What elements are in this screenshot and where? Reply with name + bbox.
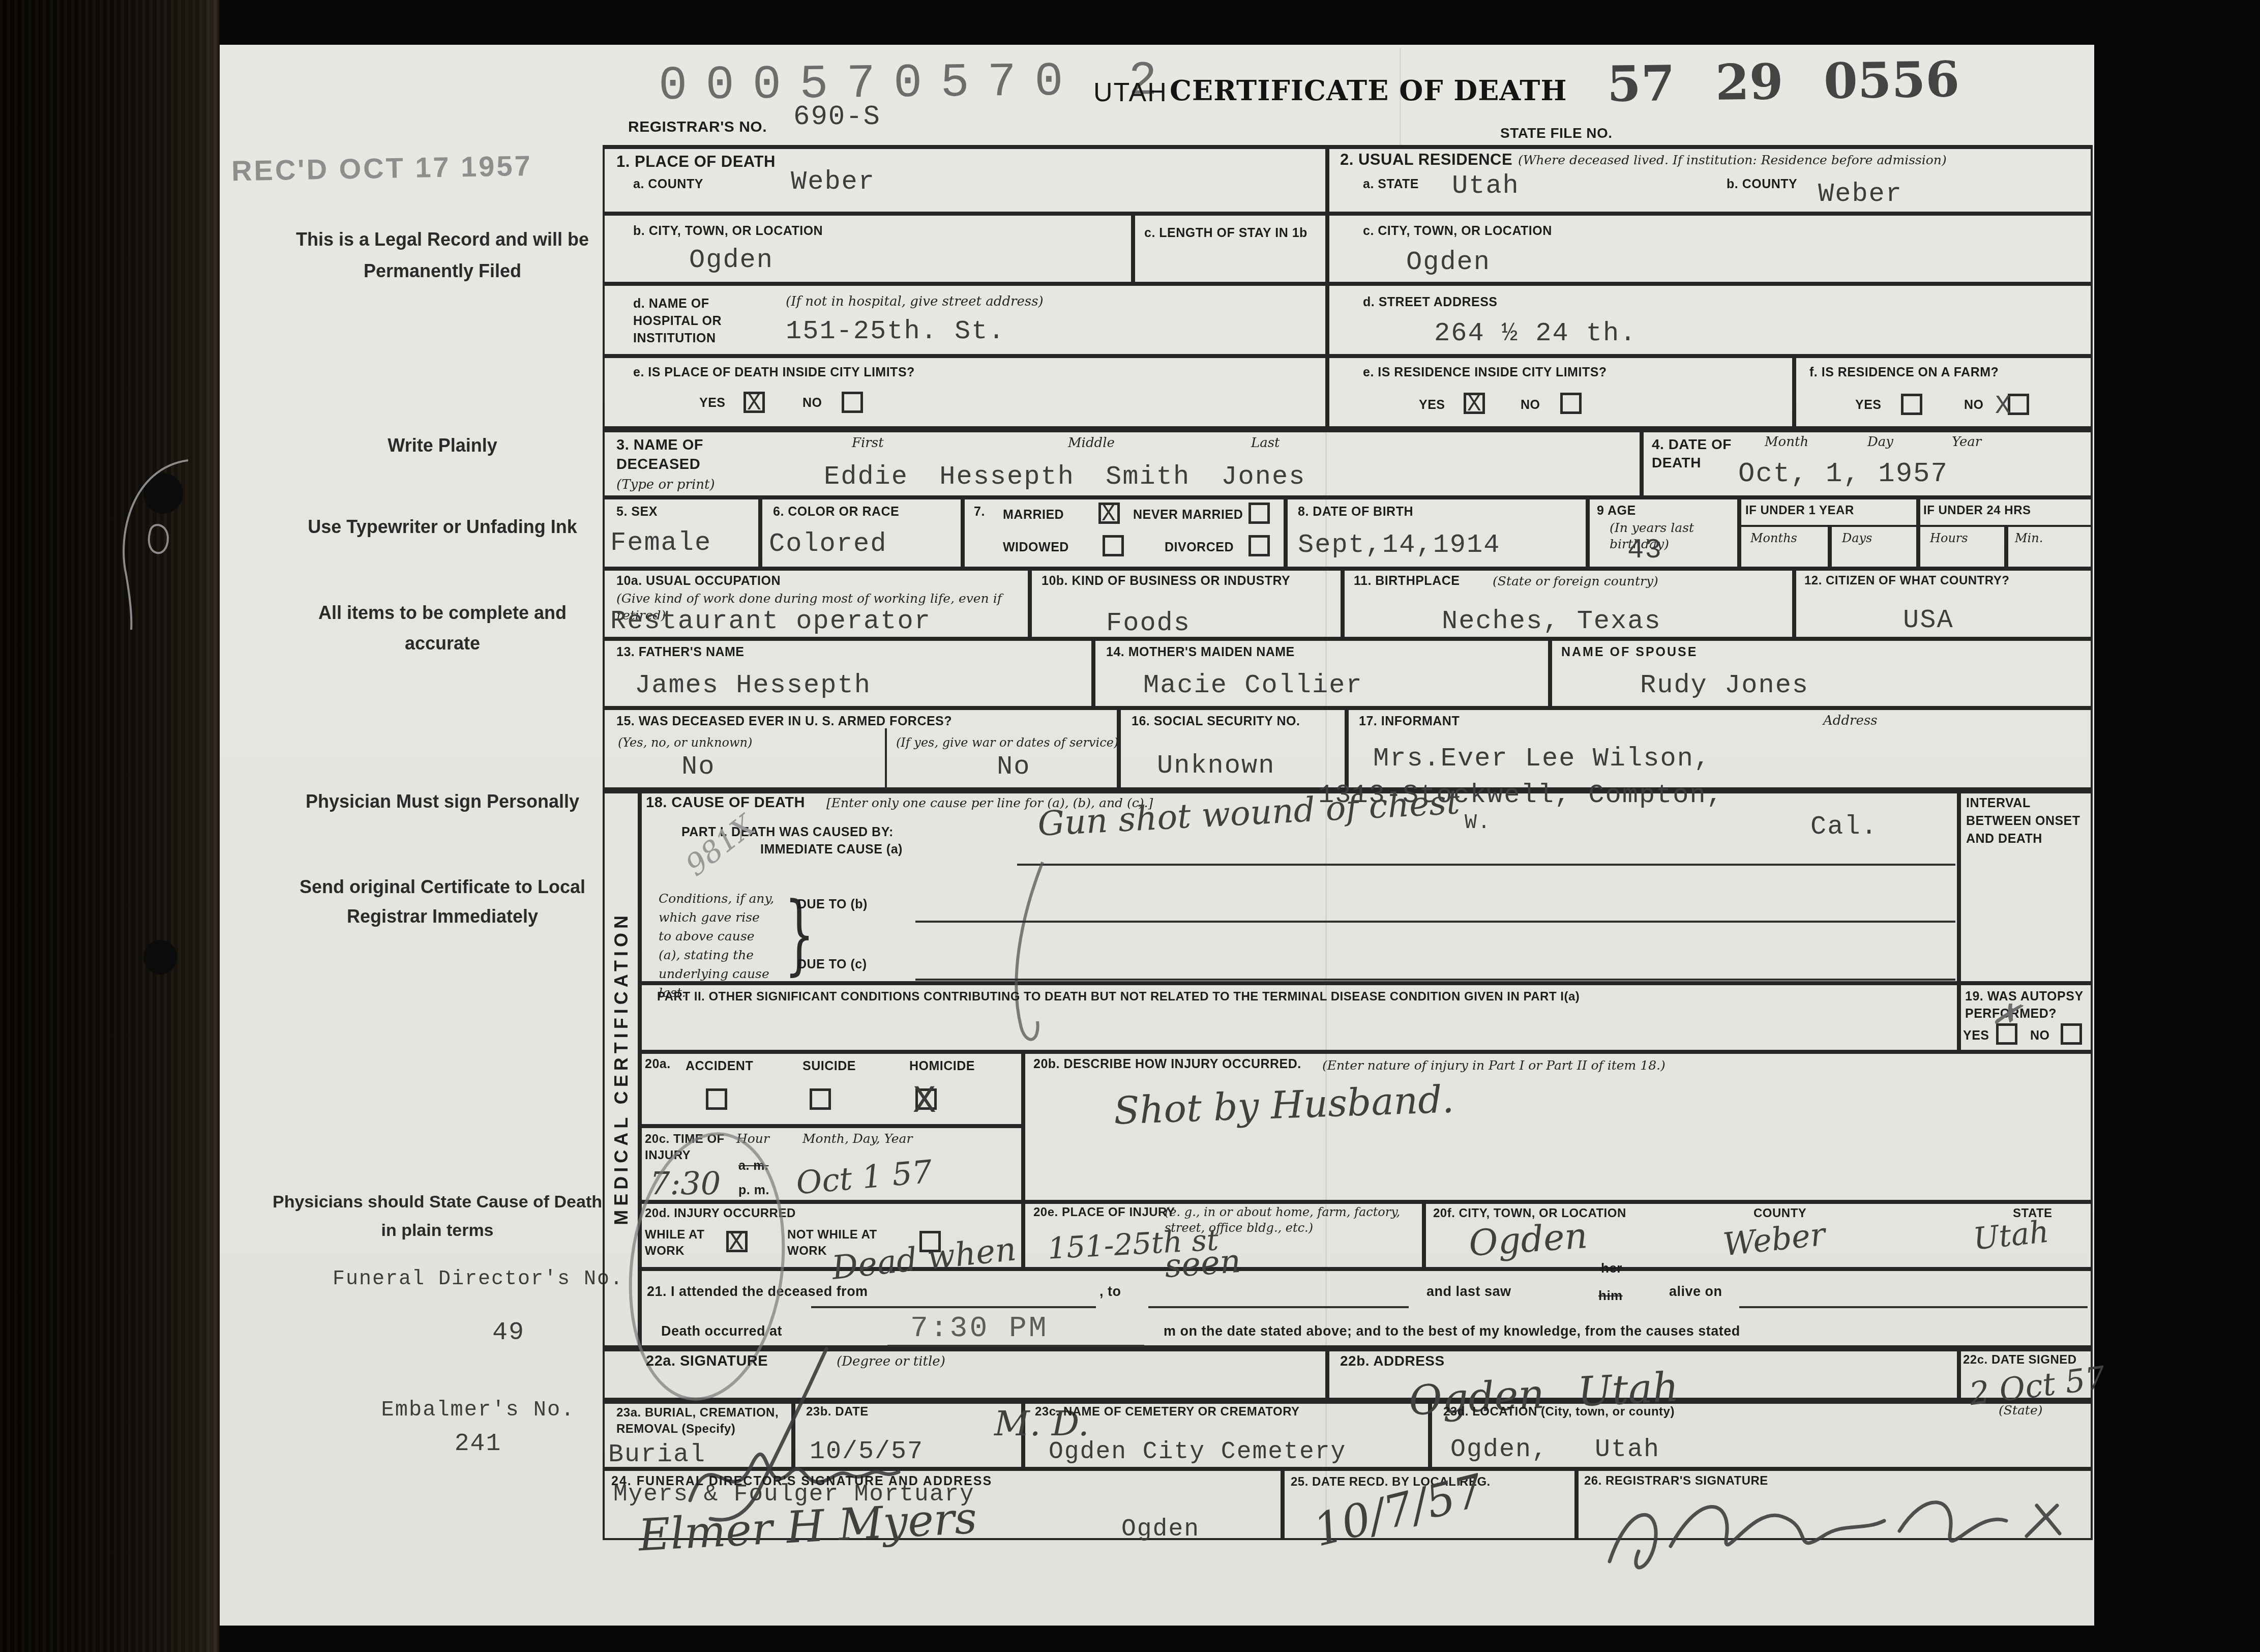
residence-limits-label: e. IS RESIDENCE INSIDE CITY LIMITS? [1363,365,1607,380]
margin-note-send-original: Send original Certificate to Local Regis… [285,872,600,931]
color-race-value: Colored [769,529,887,559]
yes-label: YES [1855,398,1882,412]
state-file-number-stamp: 57 29 0556 [1607,50,1960,113]
place-of-injury-label: 20e. PLACE OF INJURY [1033,1205,1175,1220]
margin-note-physician-sign: Physician Must sign Personally [285,786,600,817]
homicide-label: HOMICIDE [909,1059,975,1074]
accident-row-number: 20a. [645,1057,671,1072]
residence-county-label: b. COUNTY [1727,177,1797,192]
armed-forces-value2: No [997,752,1030,782]
informant-address-w: W. [1465,812,1491,835]
residence-city-label: c. CITY, TOWN, OR LOCATION [1363,224,1552,239]
armed-forces-note1: (Yes, no, or unknown) [618,735,752,750]
death-city-value: Ogden [689,245,774,275]
checkbox-x-mark: X [747,390,761,417]
header-title: CERTIFICATE OF DEATH [1170,74,1567,107]
married-checkbox: X [1098,503,1120,524]
birthplace-note: (State or foreign country) [1493,574,1658,588]
ssn-label: 16. SOCIAL SECURITY NO. [1132,714,1300,729]
checkbox-x-mark: X [1995,391,2011,421]
attended-from-line [811,1306,1096,1308]
sex-label: 5. SEX [616,505,658,519]
injury-city-handwriting: Ogden [1467,1215,1589,1264]
residence-limits-no-checkbox [1560,393,1582,414]
days-label: Days [1842,531,1872,545]
street-address-label: d. STREET ADDRESS [1363,295,1498,310]
cemetery-value: Ogden City Cemetery [1049,1438,1346,1466]
due-to-c-label: DUE TO (c) [797,957,867,972]
suicide-checkbox [810,1088,831,1110]
state-file-label: STATE FILE NO. [1500,125,1613,141]
burial-value: Burial [608,1440,706,1469]
burial-date-label: 23b. DATE [806,1405,869,1419]
hospital-note: (If not in hospital, give street address… [786,294,1044,309]
occupation-value: Restaurant operator [610,606,931,636]
registrars-no-label: REGISTRAR'S NO. [628,119,767,136]
industry-value: Foods [1106,608,1191,638]
conditions-note: Conditions, if any, which gave rise to a… [659,889,776,1002]
cause-c-line [915,979,1955,981]
residence-city-value: Ogden [1406,247,1491,277]
spouse-name-label: NAME OF SPOUSE [1561,645,1698,660]
months-label: Months [1750,531,1797,545]
checkbox-x-mark: X [913,1080,936,1124]
date-of-birth-value: Sept,14,1914 [1298,530,1500,560]
residence-county-value: Weber [1818,179,1902,209]
death-city-label: b. CITY, TOWN, OR LOCATION [633,224,823,239]
death-limits-no-checkbox [842,392,863,413]
due-to-b-label: DUE TO (b) [797,897,868,912]
middle-label: Middle [1068,435,1115,451]
alive-on-line [1739,1306,2088,1308]
armed-forces-label: 15. WAS DECEASED EVER IN U. S. ARMED FOR… [616,714,952,729]
never-married-label: NEVER MARRIED [1133,508,1243,522]
her-label: her [1601,1260,1622,1276]
burial-label: 23a. BURIAL, CREMATION, REMOVAL (Specify… [616,1405,789,1437]
color-race-label: 6. COLOR OR RACE [773,505,899,519]
checkbox-x-mark: X [1102,501,1116,527]
occupation-label: 10a. USUAL OCCUPATION [616,574,781,588]
informant-address-label: Address [1823,713,1878,728]
signer-address-label: 22b. ADDRESS [1340,1353,1445,1369]
residence-limits-yes-checkbox: X [1464,393,1485,414]
armed-forces-value1: No [681,752,715,782]
burial-date-value: 10/5/57 [810,1437,924,1466]
armed-forces-divider [885,728,887,789]
date-of-death-value: Oct, 1, 1957 [1738,459,1948,490]
no-label: NO [802,396,822,410]
margin-note-legal-record: This is a Legal Record and will be Perma… [285,224,600,287]
informant-address-line2: Cal. [1810,812,1878,842]
informant-label: 17. INFORMANT [1359,714,1460,729]
last-label: Last [1251,435,1280,451]
widowed-checkbox [1103,535,1124,556]
registrars-no-value: 690-S [793,102,881,133]
divorced-checkbox [1248,535,1270,556]
street-address-value: 264 ½ 24 th. [1434,318,1637,348]
state-note: (State) [1999,1403,2042,1418]
under-1-year-label: IF UNDER 1 YEAR [1745,504,1854,518]
accident-label: ACCIDENT [686,1059,753,1074]
embalmers-no-label: Embalmer's No. [325,1398,631,1422]
name-of-deceased-title: 3. NAME OF DECEASED [616,435,744,474]
how-injury-label: 20b. DESCRIBE HOW INJURY OCCURRED. [1033,1057,1301,1072]
last-saw-label: and last saw [1426,1284,1511,1300]
death-time-value: 7:30 PM [910,1312,1049,1345]
suicide-label: SUICIDE [802,1059,856,1074]
age-label: 9 AGE [1597,504,1636,518]
header-state: UTAH [1093,77,1168,108]
death-statement-label: m on the date stated above; and to the b… [1164,1323,1740,1339]
pencil-scribble [102,448,214,651]
margin-note-plain-terms: Physicians should State Cause of Death i… [264,1188,610,1245]
usual-residence-note: (Where deceased lived. If institution: R… [1518,153,1947,167]
funeral-directors-no-label: Funeral Director's No. [325,1266,631,1293]
father-name-value: James Hessepth [635,670,871,700]
death-limits-yes-checkbox: X [744,392,765,413]
signature-descender-stroke [992,860,1093,1053]
date-of-birth-label: 8. DATE OF BIRTH [1298,505,1413,519]
attended-to-line [1148,1306,1409,1308]
farm-label: f. IS RESIDENCE ON A FARM? [1809,365,1999,380]
place-of-death-title: 1. PLACE OF DEATH [616,153,776,171]
death-city-limits-label: e. IS PLACE OF DEATH INSIDE CITY LIMITS? [633,365,915,380]
cemetery-location-label: 23d. LOCATION (City, town, or county) [1443,1405,1675,1419]
citizen-value: USA [1903,605,1954,635]
industry-label: 10b. KIND OF BUSINESS OR INDUSTRY [1042,574,1347,588]
farm-no-checkbox: X [2008,394,2029,415]
informant-value: Mrs.Ever Lee Wilson, [1373,744,1711,774]
father-name-label: 13. FATHER'S NAME [616,645,745,660]
embalmers-no-value: 241 [325,1430,631,1458]
usual-residence-title: 2. USUAL RESIDENCE [1340,151,1512,169]
married-label: MARRIED [1003,508,1064,522]
armed-forces-note2: (If yes, give war or dates of service) [896,735,1118,750]
age-value: 43 [1627,535,1662,566]
margin-note-complete: All items to be complete and accurate [285,598,600,659]
how-injury-note: (Enter nature of injury in Part I or Par… [1322,1058,1666,1073]
immediate-cause-label: IMMEDIATE CAUSE (a) [760,842,903,857]
widowed-label: WIDOWED [1003,540,1069,555]
month-label: Month [1765,434,1808,450]
divorced-label: DIVORCED [1165,540,1234,555]
interval-label: INTERVAL BETWEEN ONSET AND DEATH [1966,794,2088,848]
residence-state-value: Utah [1452,171,1520,201]
autopsy-no-checkbox [2061,1023,2082,1045]
never-married-checkbox [1248,503,1270,524]
under-24-hrs-label: IF UNDER 24 HRS [1923,504,2031,518]
year-label: Year [1952,434,1981,450]
ssn-value: Unknown [1157,751,1275,781]
day-label: Day [1867,434,1893,450]
birthplace-value: Neches, Texas [1442,606,1661,636]
deceased-name-value: Eddie Hessepth Smith Jones [824,462,1305,492]
month-day-year-label: Month, Day, Year [802,1131,912,1146]
residence-state-label: a. STATE [1363,177,1419,192]
first-label: First [852,435,884,451]
him-label-struck: him [1598,1288,1623,1304]
county-value: Weber [791,167,875,197]
funeral-home-city: Ogden [1121,1516,1200,1543]
no-label: NO [2030,1028,2050,1043]
no-label: NO [1521,398,1540,412]
min-label: Min. [2015,531,2043,545]
cemetery-label: 23c. NAME OF CEMETERY OR CREMATORY [1035,1405,1300,1419]
birthplace-label: 11. BIRTHPLACE [1354,574,1460,588]
type-or-print-note: (Type or print) [616,477,715,492]
hospital-label: d. NAME OF HOSPITAL OR INSTITUTION [633,295,755,347]
wood-table-background [0,0,220,1652]
mother-name-label: 14. MOTHER'S MAIDEN NAME [1106,645,1295,660]
spouse-name-value: Rudy Jones [1640,670,1809,700]
registrar-signature-scrawl [1597,1455,2090,1597]
farm-yes-checkbox [1901,394,1922,415]
scanned-death-certificate: { "colors": { "paper":"#e9e7e2", "ink":"… [0,0,2260,1652]
homicide-checkbox: X [915,1088,937,1110]
margin-note-typewriter: Use Typewriter or Unfading Ink [285,511,600,543]
marital-number: 7. [974,505,985,519]
alive-on-label: alive on [1669,1284,1722,1300]
cause-a-line [1017,864,1955,866]
hours-label: Hours [1930,531,1968,545]
date-of-death-title: 4. DATE OF DEATH [1652,435,1733,472]
sex-value: Female [610,528,711,558]
margin-note-write-plainly: Write Plainly [285,430,600,461]
cause-of-death-label: 18. CAUSE OF DEATH [646,794,805,811]
part2-label: PART II. OTHER SIGNIFICANT CONDITIONS CO… [657,990,1949,1004]
hospital-value: 151-25th. St. [786,316,1005,346]
length-of-stay-label: c. LENGTH OF STAY IN 1b [1144,224,1320,242]
to-label: , to [1099,1284,1121,1300]
autopsy-label: 19. WAS AUTOPSY PERFORMED? [1965,988,2090,1022]
checkbox-x-mark: X [1467,391,1481,418]
county-label: a. COUNTY [633,177,703,192]
punch-hole [143,940,177,975]
yes-label: YES [1419,398,1445,412]
yes-label: YES [699,396,726,410]
mother-name-value: Macie Collier [1143,670,1363,700]
received-date-stamp: REC'D OCT 17 1957 [231,149,532,187]
no-label: NO [1964,398,1984,412]
accident-checkbox [706,1088,727,1110]
cause-b-line [915,921,1955,923]
yes-label: YES [1963,1028,1989,1043]
attended-to-handwriting: seen [1164,1243,1242,1285]
citizen-label: 12. CITIZEN OF WHAT COUNTRY? [1804,574,2009,588]
